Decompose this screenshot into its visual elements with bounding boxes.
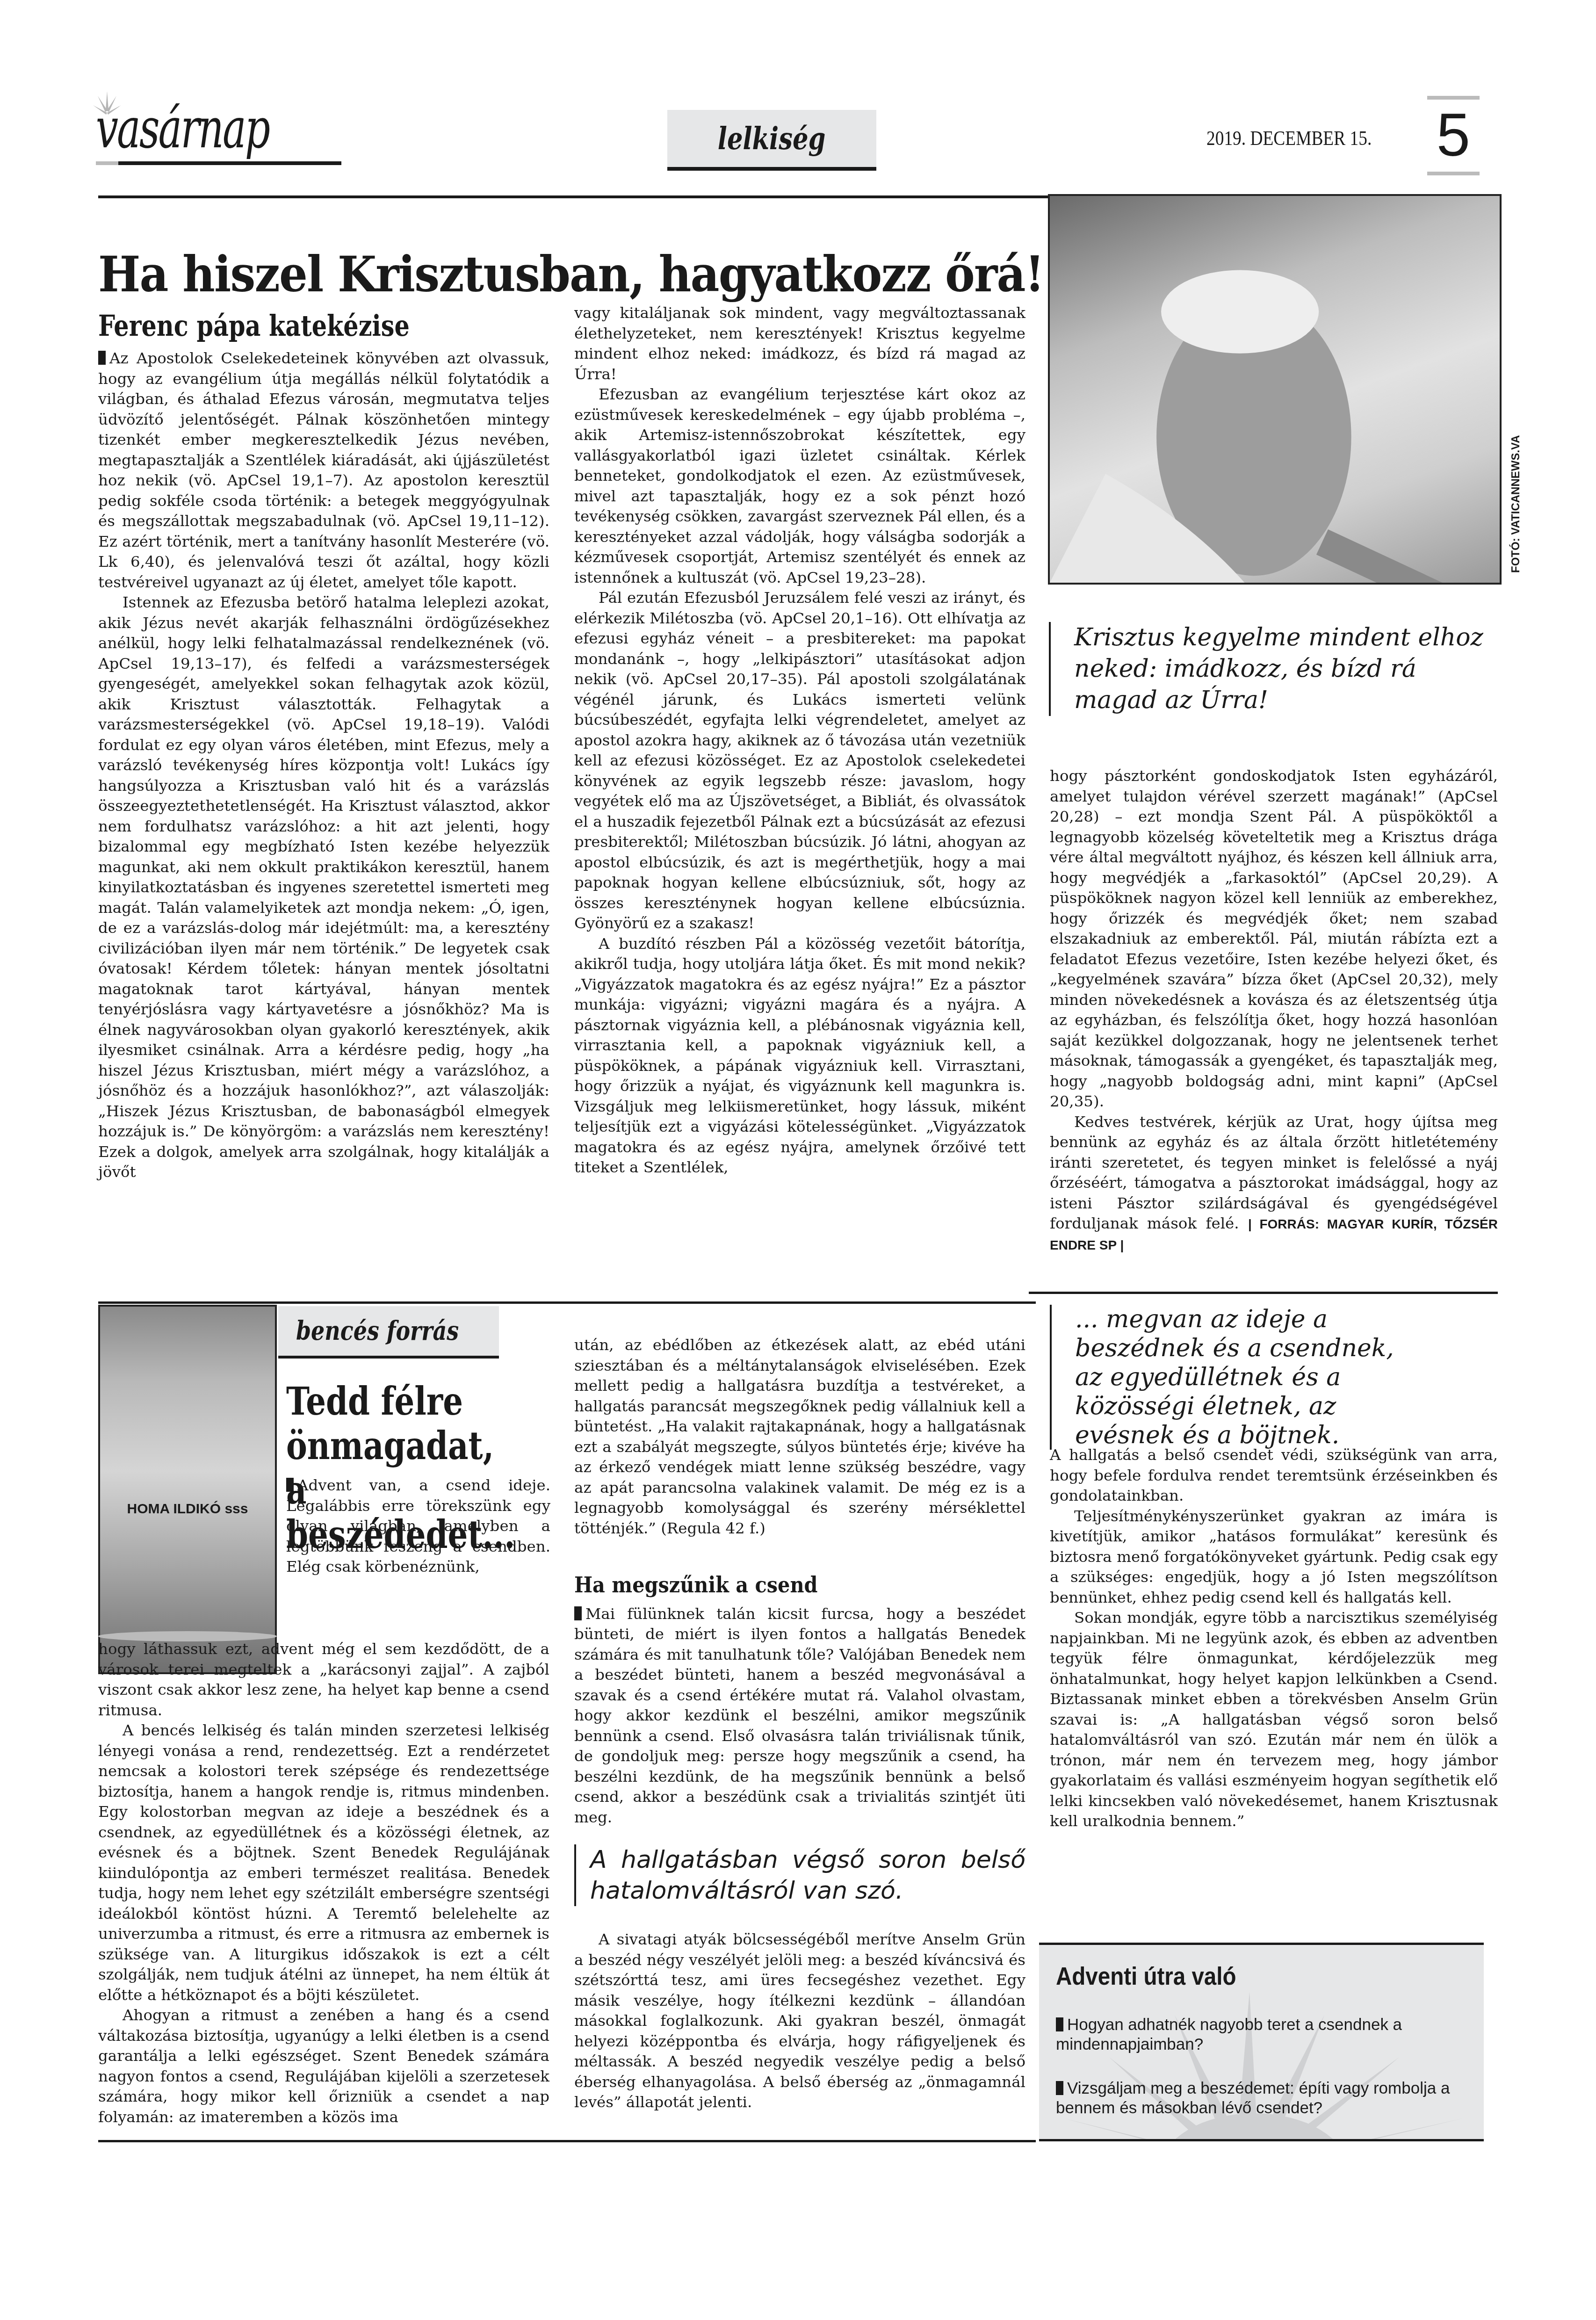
paragraph: Mai fülünknek talán kicsit furcsa, hogy … [574,1604,1025,1828]
bottom-intro: Advent van, a csend ideje. Legalábbis er… [286,1475,550,1577]
photo-credit: FOTÓ: VATICANNEWS.VA [1509,435,1523,573]
pope-figure-icon [1050,196,1500,583]
masthead-logo: vasárnap [96,101,274,156]
author-name: HOMA ILDIKÓ sss [98,1501,277,1517]
bullet-icon [1056,2017,1063,2031]
paragraph: A hallgatás a belső csendet védi, szüksé… [1050,1445,1498,1506]
bottom-pullquote-right: ... megvan az ideje a beszédnek és a cse… [1050,1305,1396,1450]
paragraph: hogy láthassuk ezt, advent még el sem ke… [98,1639,549,1720]
paragraph-marker-icon [574,1606,582,1620]
main-subhead: Ferenc pápa katekézise [98,309,410,343]
box-question-list: Hogyan adhatnék nagyobb teret a csendnek… [1056,2015,1465,2141]
main-col-1: Az Apostolok Cselekedeteinek könyvében a… [98,348,549,1183]
author-photo [98,1305,277,1674]
section-divider [98,1301,1036,1304]
main-col-3: hogy pásztorként gondoskodjatok Isten eg… [1050,766,1498,1255]
box-question: Hogyan adhatnék nagyobb teret a csendnek… [1056,2015,1465,2054]
advent-box: Adventi útra való Hogyan adhatnék nagyob… [1039,1943,1484,2141]
paragraph: vagy kitaláljanak sok mindent, vagy megv… [574,303,1025,384]
section-tag: lelkiség [667,110,876,171]
page-number: 5 [1427,96,1480,175]
paragraph: Efezusban az evangélium terjesztése kárt… [574,384,1025,588]
paragraph: Istennek az Efezusba betörő hatalma lele… [98,593,549,1183]
paragraph-marker-icon [286,1478,294,1492]
paragraph: után, az ebédlőben az étkezések alatt, a… [574,1335,1025,1539]
masthead-underline [96,161,341,165]
bullet-icon [1056,2081,1063,2095]
section-divider-right [1029,1292,1498,1294]
paragraph: Az Apostolok Cselekedeteinek könyvében a… [98,348,549,593]
paragraph: A bencés lelkiség és talán minden szerze… [98,1720,549,2005]
paragraph: Ahogyan a ritmust a zenében a hang és a … [98,2005,549,2127]
column-tag: bencés forrás [278,1306,499,1359]
paragraph: Sokan mondják, egyre több a narcisztikus… [1050,1608,1498,1832]
paragraph: Pál ezután Efezusból Jeruzsálem felé ves… [574,588,1025,934]
paragraph: Kedves testvérek, kérjük az Urat, hogy ú… [1050,1112,1498,1256]
box-title: Adventi útra való [1056,1962,1432,1991]
paragraph: hogy pásztorként gondoskodjatok Isten eg… [1050,766,1498,1112]
subheading: Ha megszűnik a csend [574,1575,981,1596]
bottom-col-3: A hallgatás a belső csendet védi, szüksé… [1050,1445,1498,1832]
main-col-2: vagy kitaláljanak sok mindent, vagy megv… [574,303,1025,1178]
pope-photo [1048,194,1502,585]
main-pullquote: Krisztus kegyelme mindent elhoz neked: i… [1049,622,1493,716]
masthead: vasárnap [96,101,344,166]
box-question: Vizsgáljam meg a beszédemet: építi vagy … [1056,2079,1465,2118]
paragraph: A sivatagi atyák bölcsességéből merítve … [574,1930,1025,2113]
main-headline: Ha hiszel Krisztusban, hagyatkozz őrá! [98,246,1044,303]
paragraph: A buzdító részben Pál a közösség vezetői… [574,934,1025,1178]
bottom-col-2: után, az ebédlőben az étkezések alatt, a… [574,1335,1025,2113]
paragraph: Teljesítménykényszerünket gyakran az imá… [1050,1506,1498,1608]
footer-rule [98,2140,1036,2142]
paragraph-marker-icon [98,351,106,365]
issue-date: 2019. DECEMBER 15. [1206,126,1372,150]
bottom-pullquote: A hallgatásban végső soron belső hatalom… [574,1844,1025,1906]
bottom-col-1: hogy láthassuk ezt, advent még el sem ke… [98,1639,549,2127]
